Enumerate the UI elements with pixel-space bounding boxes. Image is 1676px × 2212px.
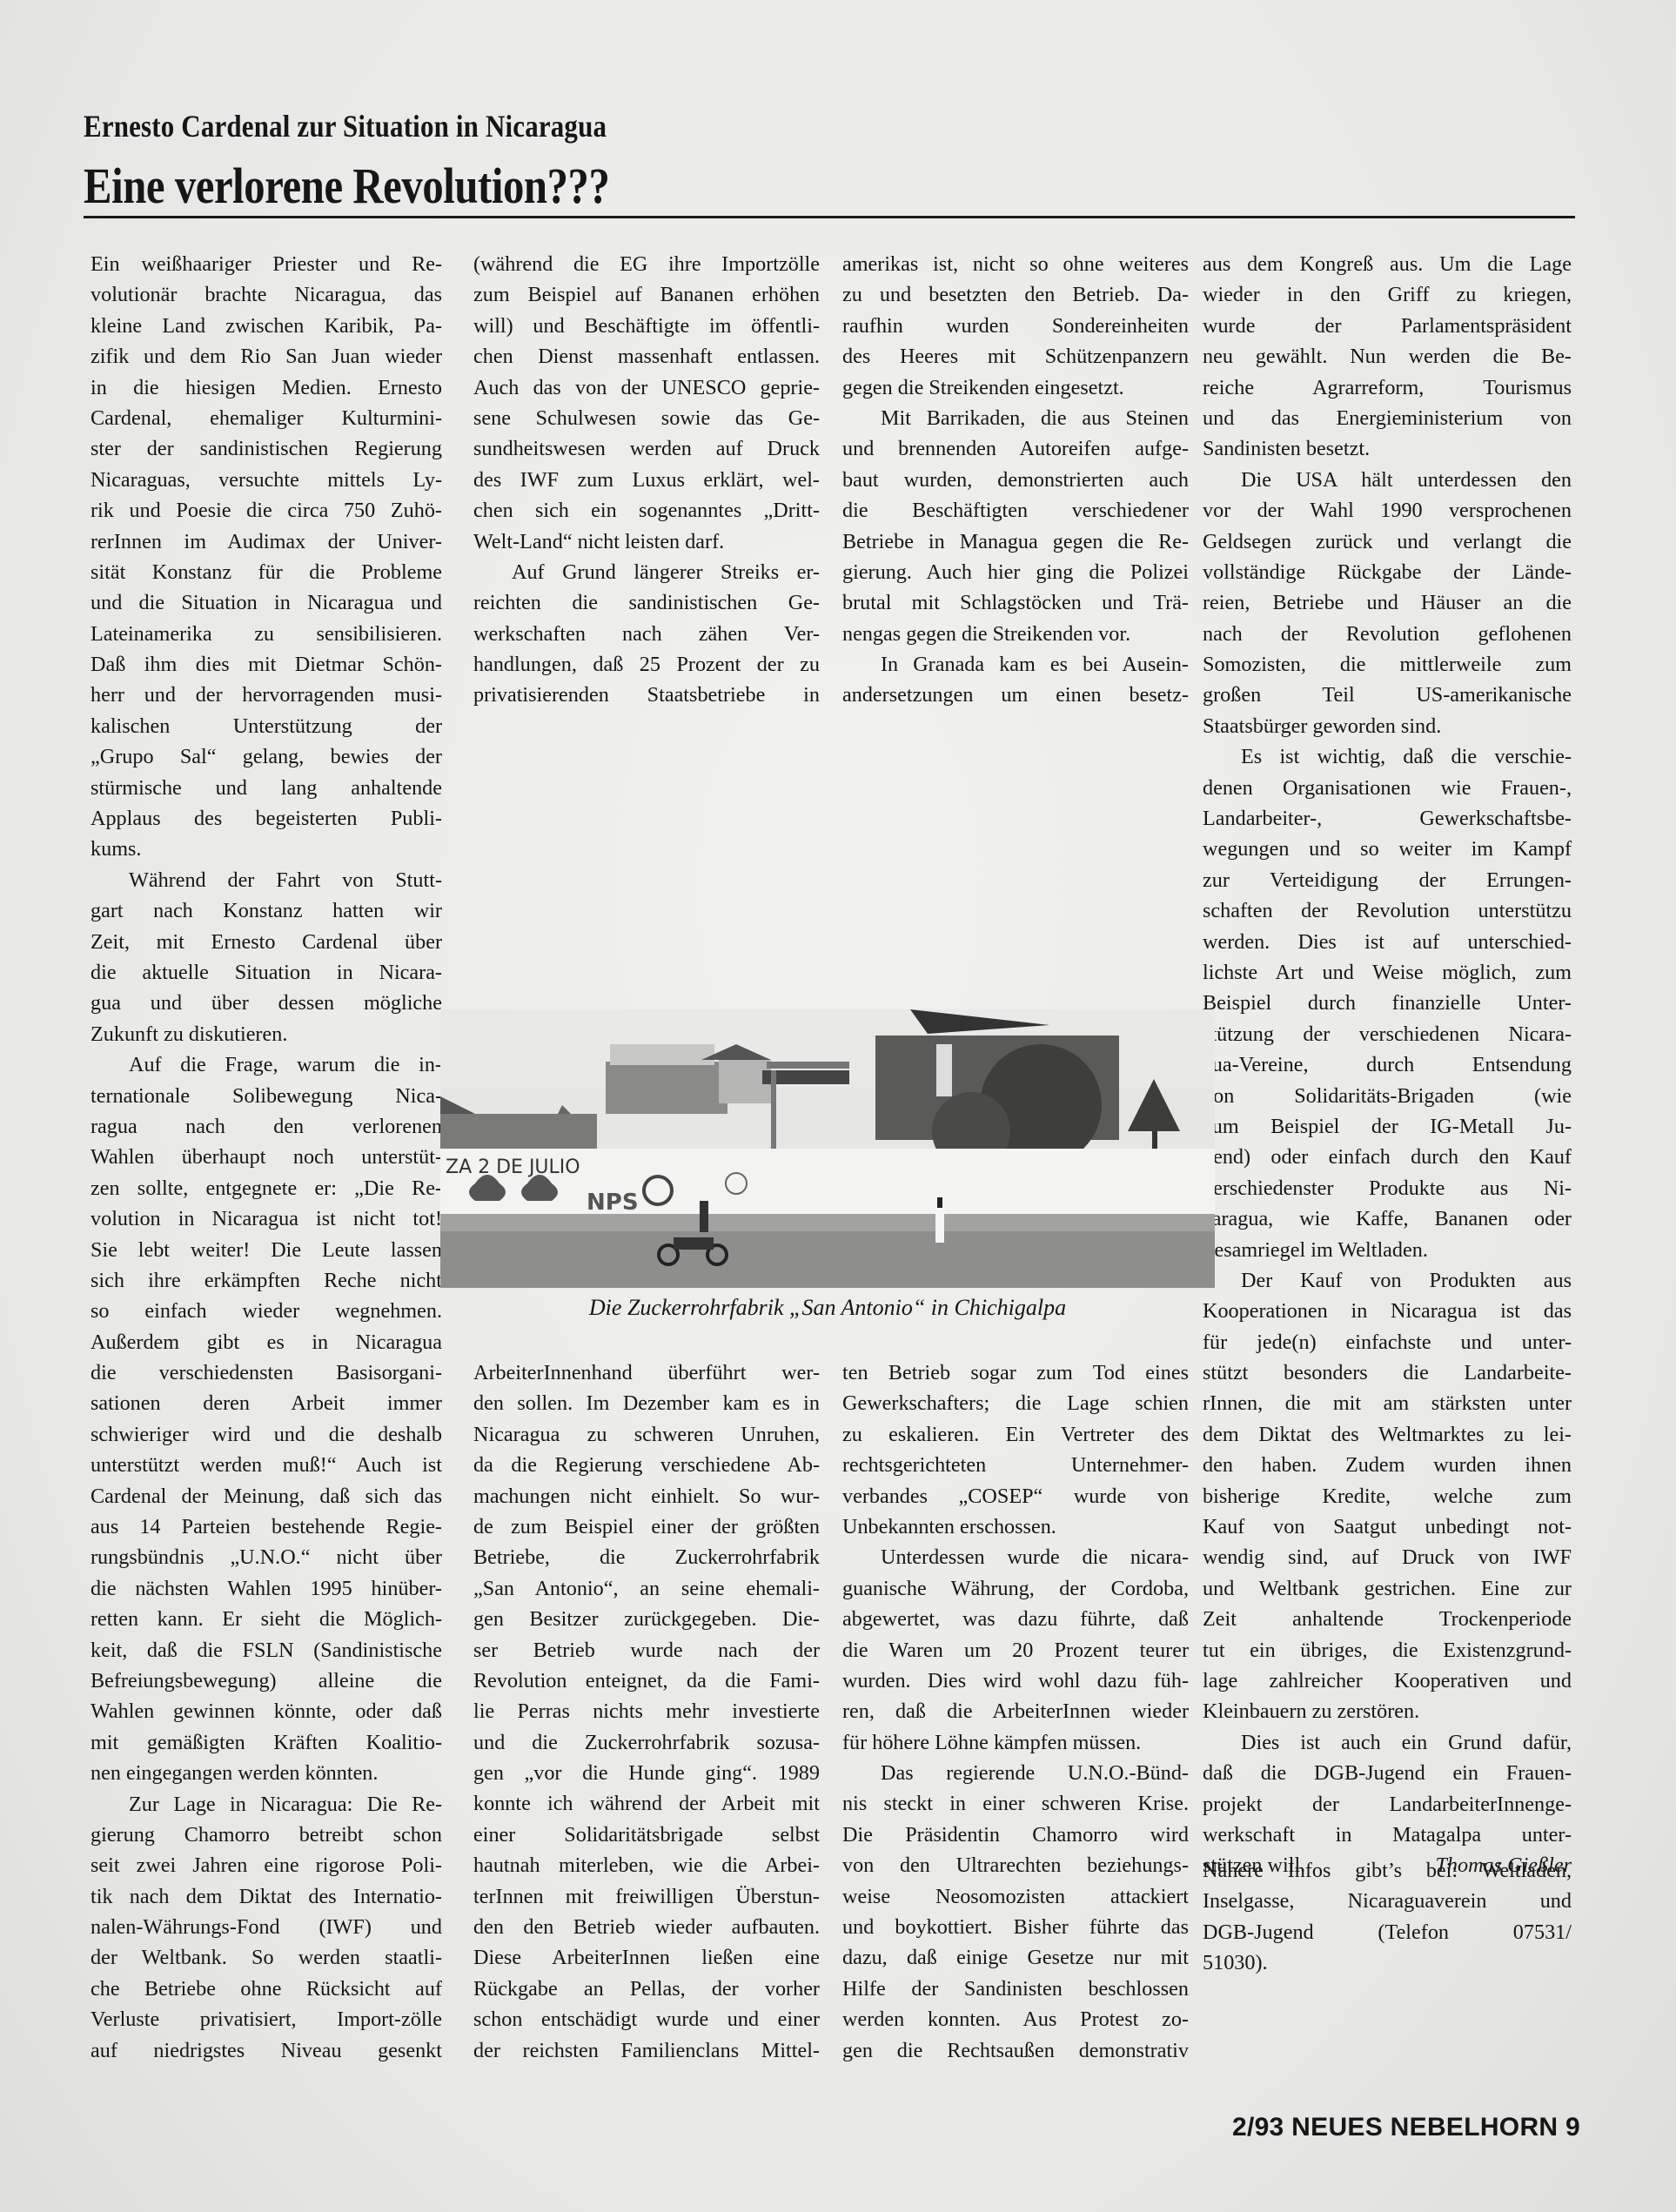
contact-line: Nähere Infos gibt’s bei: Weltladen, [1203,1855,1572,1886]
text-line: chen sich ein sogenanntes „Dritt- [473,495,820,526]
svg-text:ZA 2 DE JULIO: ZA 2 DE JULIO [446,1156,580,1178]
text-line: cua-Vereine, durch Entsendung [1203,1049,1572,1080]
text-line: Zeit anhaltende Trockenperiode [1203,1604,1572,1634]
text-line: wurde der Parlamentspräsident [1203,311,1572,341]
text-line: den haben. Zudem wurden ihnen [1203,1450,1572,1480]
text-line: dazu, daß einige Gesetze nur mit [842,1942,1189,1973]
text-line: tik nach dem Diktat des Internatio- [91,1881,442,1912]
text-line: baut wurden, demonstrierten auch [842,465,1189,495]
text-line: ternationale Solibewegung Nica- [91,1081,442,1111]
text-line: guanische Währung, der Cordoba, [842,1573,1189,1604]
text-line: da die Regierung verschiedene Ab- [473,1450,820,1480]
text-line: werkschaften nach zähen Ver- [473,619,820,649]
text-line: privatisierenden Staatsbetriebe in [473,680,820,710]
svg-text:NPS: NPS [587,1190,639,1216]
sugar-factory-photo-image: ZA 2 DE JULIO NPS [440,1009,1215,1288]
contact-line: 51030). [1203,1947,1572,1978]
page-footer: 2/93 NEUES NEBELHORN 9 [1232,2113,1580,2142]
text-line: großen Teil US-amerikanische [1203,680,1572,710]
text-line: reichten die sandinistischen Ge- [473,587,820,618]
text-line: Nicaraguas, versuchte mittels Ly- [91,465,442,495]
text-line: lie Perras nichts mehr investierte [473,1696,820,1726]
text-line: Beispiel durch finanzielle Unter- [1203,988,1572,1018]
text-line: tut ein übriges, die Existenzgrund- [1203,1635,1572,1666]
text-line: Geldsegen zurück und verlangt die [1203,526,1572,557]
text-line: daß die DGB-Jugend ein Frauen- [1203,1758,1572,1788]
text-line: keit, daß die FSLN (Sandinistische [91,1635,442,1666]
text-line: sität Konstanz für die Probleme [91,557,442,587]
text-line: will) und Beschäftigte im öffentli- [473,311,820,341]
text-line: zur Verteidigung der Errungen- [1203,865,1572,895]
text-line: zifik und dem Rio San Juan wieder [91,341,442,372]
text-line: ten Betrieb sogar zum Tod eines [842,1357,1189,1388]
text-line: nach der Revolution geflohenen [1203,619,1572,649]
text-line: Unterdessen wurde die nicara- [842,1542,1189,1572]
text-line: ragua nach den verlorenen [91,1111,442,1142]
text-line: volutionär brachte Nicaragua, das [91,279,442,310]
text-line: Verluste privatisiert, Import-zölle [91,2004,442,2034]
text-line: Wahlen überhaupt noch unterstüt- [91,1142,442,1172]
text-line: kleine Land zwischen Karibik, Pa- [91,311,442,341]
text-line: des IWF zum Luxus erklärt, wel- [473,465,820,495]
text-line: zen sollte, entgegnete er: „Die Re- [91,1173,442,1203]
text-line: ren, daß die ArbeiterInnen wieder [842,1696,1189,1726]
text-line: reiche Agrarreform, Tourismus [1203,372,1572,403]
text-line: denen Organisationen wie Frauen-, [1203,773,1572,803]
text-line: Auf die Frage, warum die in- [91,1049,442,1080]
text-line: Sesamriegel im Weltladen. [1203,1235,1572,1265]
text-line: gart nach Konstanz hatten wir [91,895,442,926]
text-line: neu gewählt. Nun werden die Be- [1203,341,1572,372]
text-line: für höhere Löhne kämpfen müssen. [842,1727,1189,1758]
text-line: verbandes „COSEP“ wurde von [842,1481,1189,1512]
text-line: seit zwei Jahren eine rigorose Poli- [91,1850,442,1880]
text-line: reien, Betriebe und Häuser an die [1203,587,1572,618]
text-line: abgewertet, was dazu führte, daß [842,1604,1189,1634]
text-line: Nicaragua zu schweren Unruhen, [473,1419,820,1450]
text-line: stützt besonders die Landarbeite- [1203,1357,1572,1388]
text-line: In Granada kam es bei Ausein- [842,649,1189,680]
text-line: Kleinbauern zu zerstören. [1203,1696,1572,1726]
text-line: projekt der LandarbeiterInnenge- [1203,1789,1572,1820]
text-line: volution in Nicaragua ist nicht tot! [91,1203,442,1234]
text-line: Diese ArbeiterInnen ließen eine [473,1942,820,1973]
text-line: raufhin wurden Sondereinheiten [842,311,1189,341]
text-line: caragua, wie Kaffe, Bananen oder [1203,1203,1572,1234]
text-line: wegungen und so weiter im Kampf [1203,834,1572,864]
text-line: konnte ich während der Arbeit mit [473,1788,820,1819]
text-line: aus dem Kongreß aus. Um die Lage [1203,249,1572,279]
text-line: amerikas ist, nicht so ohne weiteres [842,249,1189,279]
text-line: der Weltbank. So werden staatli- [91,1942,442,1973]
text-line: sene Schulwesen sowie das Ge- [473,403,820,433]
text-line: nis steckt in einer schweren Krise. [842,1788,1189,1819]
text-line: rungsbündnis „U.N.O.“ nicht über [91,1542,442,1572]
text-line: Mit Barrikaden, die aus Steinen [842,403,1189,433]
text-line: die aktuelle Situation in Nicara- [91,957,442,988]
text-line: Landarbeiter-, Gewerkschaftsbe- [1203,803,1572,834]
text-line: Revolution enteignet, da die Fami- [473,1666,820,1696]
text-line: Dies ist auch ein Grund dafür, [1203,1727,1572,1758]
text-line: schwieriger wird und die deshalb [91,1419,442,1450]
text-line: Rückgabe an Pellas, der vorher [473,1974,820,2004]
text-line: in die hiesigen Medien. Ernesto [91,372,442,403]
article-column-3-bottom: ten Betrieb sogar zum Tod einesGewerksch… [842,1357,1189,2066]
magazine-page: Ernesto Cardenal zur Situation in Nicara… [0,0,1676,2212]
text-line: vor der Wahl 1990 versprochenen [1203,495,1572,526]
text-line: ArbeiterInnenhand überführt wer- [473,1357,820,1388]
text-line: Unbekannten erschossen. [842,1512,1189,1542]
text-line: wieder in den Griff zu kriegen, [1203,279,1572,310]
text-line: werden. Dies ist auf unterschied- [1203,927,1572,957]
text-line: Welt-Land“ nicht leisten darf. [473,526,820,557]
text-line: für jede(n) einfachste und unter- [1203,1327,1572,1357]
text-line: sich ihre erkämpften Reche nicht [91,1265,442,1296]
text-line: Die Präsidentin Chamorro wird [842,1820,1189,1850]
text-line: und Weltbank gestrichen. Eine zur [1203,1573,1572,1604]
text-line: „San Antonio“, an seine ehemali- [473,1573,820,1604]
text-line: und die Situation in Nicaragua und [91,587,442,618]
contact-info: Nähere Infos gibt’s bei: Weltladen, Inse… [1203,1855,1572,1979]
text-line: Zeit, mit Ernesto Cardenal über [91,927,442,957]
text-line: andersetzungen um einen besetz- [842,680,1189,710]
text-line: nengas gegen die Streikenden vor. [842,619,1189,649]
text-line: rInnen, die mit am stärksten unter [1203,1388,1572,1418]
text-line: (während die EG ihre Importzölle [473,249,820,279]
article-headline: Eine verlorene Revolution??? [84,157,609,215]
text-line: Sie lebt weiter! Die Leute lassen [91,1235,442,1265]
text-line: Applaus des begeisterten Publi- [91,803,442,834]
text-line: ser Betrieb wurde nach der [473,1635,820,1666]
text-line: einer Solidaritätsbrigade selbst [473,1820,820,1850]
text-line: zu eskalieren. Ein Vertreter des [842,1419,1189,1450]
text-line: Es ist wichtig, daß die verschie- [1203,741,1572,772]
text-line: von Solidaritäts-Brigaden (wie [1203,1081,1572,1111]
text-line: von den Ultrarechten beziehungs- [842,1850,1189,1880]
text-line: des Heeres mit Schützenpanzern [842,341,1189,372]
text-line: gua und über dessen mögliche [91,988,442,1018]
text-line: handlungen, daß 25 Prozent der zu [473,649,820,680]
text-line: terInnen mit freiwilligen Überstun- [473,1881,820,1912]
text-line: rechtsgerichteten Unternehmer- [842,1450,1189,1480]
headline-rule [84,216,1575,218]
text-line: Zur Lage in Nicaragua: Die Re- [91,1789,442,1820]
text-line: Sandinisten besetzt. [1203,433,1572,464]
text-line: gend) oder einfach durch den Kauf [1203,1142,1572,1172]
text-line: Das regierende U.N.O.-Bünd- [842,1758,1189,1788]
text-line: Gewerkschafters; die Lage schien [842,1388,1189,1418]
text-line: Der Kauf von Produkten aus [1203,1265,1572,1296]
text-line: Daß ihm dies mit Dietmar Schön- [91,649,442,680]
text-line: de zum Beispiel einer der größten [473,1512,820,1542]
text-line: vollständige Rückgabe der Lände- [1203,557,1572,587]
text-line: gierung. Auch hier ging die Polizei [842,557,1189,587]
text-line: Somozisten, die mittlerweile zum [1203,649,1572,680]
text-line: Zukunft zu diskutieren. [91,1019,442,1049]
text-line: gegen die Streikenden eingesetzt. [842,372,1189,403]
text-line: Wahlen gewinnen könnte, oder daß [91,1696,442,1726]
text-line: Während der Fahrt von Stutt- [91,865,442,895]
photo-caption: Die Zuckerrohrfabrik „San Antonio“ in Ch… [440,1295,1215,1321]
text-line: zu und besetzten den Betrieb. Da- [842,279,1189,310]
article-column-4: aus dem Kongreß aus. Um die Lagewieder i… [1203,249,1572,1881]
article-photo: ZA 2 DE JULIO NPS [440,1009,1215,1288]
text-line: Hilfe der Sandinisten beschlossen [842,1974,1189,2004]
text-line: und brennenden Autoreifen aufge- [842,433,1189,464]
text-line: stützung der verschiedenen Nicara- [1203,1019,1572,1049]
text-line: Betriebe in Managua gegen die Re- [842,526,1189,557]
text-line: brutal mit Schlagstöcken und Trä- [842,587,1189,618]
article-kicker: Ernesto Cardenal zur Situation in Nicara… [84,108,607,144]
text-line: und die Zuckerrohrfabrik sozusa- [473,1727,820,1758]
text-line: wurden. Dies wird wohl dazu füh- [842,1666,1189,1696]
text-line: unterstützt werden muß!“ Auch ist [91,1450,442,1480]
text-line: aus 14 Parteien bestehende Regie- [91,1512,442,1542]
text-line: auf niedrigstes Niveau gesenkt [91,2035,442,2066]
text-line: den sollen. Im Dezember kam es in [473,1388,820,1418]
text-line: Befreiungsbewegung) alleine die [91,1666,442,1696]
text-line: Kooperationen in Nicaragua ist das [1203,1296,1572,1326]
text-line: dem Diktat des Weltmarktes zu lei- [1203,1419,1572,1450]
text-line: so einfach wieder wegnehmen. [91,1296,442,1326]
text-line: und das Energieministerium von [1203,403,1572,433]
text-line: die nächsten Wahlen 1995 hinüber- [91,1573,442,1604]
text-line: rik und Poesie die circa 750 Zuhö- [91,495,442,526]
text-line: wendig sind, auf Druck von IWF [1203,1542,1572,1572]
text-line: „Grupo Sal“ gelang, bewies der [91,741,442,772]
contact-line: Inselgasse, Nicaraguaverein und [1203,1886,1572,1916]
text-line: lichste Art und Weise möglich, zum [1203,957,1572,988]
text-line: ster der sandinistischen Regierung [91,433,442,464]
text-line: stürmische und lang anhaltende [91,773,442,803]
article-column-3-top: amerikas ist, nicht so ohne weitereszu u… [842,249,1189,711]
text-line: verschiedenster Produkte aus Ni- [1203,1173,1572,1203]
text-line: die Beschäftigten verschiedener [842,495,1189,526]
text-line: nen eingegangen werden könnten. [91,1758,442,1788]
text-line: schon entschädigt wurde und einer [473,2004,820,2034]
text-line: lage zahlreicher Kooperativen und [1203,1666,1572,1696]
article-column-2-bottom: ArbeiterInnenhand überführt wer-den soll… [473,1357,820,2066]
text-line: Staatsbürger geworden sind. [1203,711,1572,741]
contact-line: DGB-Jugend (Telefon 07531/ [1203,1917,1572,1947]
text-line: zum Beispiel auf Bananen erhöhen [473,279,820,310]
text-line: gen Besitzer zurückgegeben. Die- [473,1604,820,1634]
text-line: zum Beispiel der IG-Metall Ju- [1203,1111,1572,1142]
text-line: den den Betrieb wieder aufbauten. [473,1912,820,1942]
text-line: werden konnten. Aus Protest zo- [842,2004,1189,2034]
text-line: kalischen Unterstützung der [91,711,442,741]
text-line: bisherige Kredite, welche zum [1203,1481,1572,1512]
text-line: gierung Chamorro betreibt schon [91,1820,442,1850]
text-line: sationen deren Arbeit immer [91,1388,442,1418]
text-line: gen „vor die Hunde ging“. 1989 [473,1758,820,1788]
text-line: der reichsten Familienclans Mittel- [473,2035,820,2066]
text-line: Ein weißhaariger Priester und Re- [91,249,442,279]
text-line: sundheitswesen werden auf Druck [473,433,820,464]
text-line: nalen-Währungs-Fond (IWF) und [91,1912,442,1942]
text-line: die verschiedensten Basisorgani- [91,1357,442,1388]
text-line: retten kann. Er sieht die Möglich- [91,1604,442,1634]
text-line: weise Neosomozisten attackiert [842,1881,1189,1912]
article-column-2-top: (während die EG ihre Importzöllezum Beis… [473,249,820,711]
text-line: Betriebe, die Zuckerrohrfabrik [473,1542,820,1572]
text-line: che Betriebe ohne Rücksicht auf [91,1974,442,2004]
text-line: und boykottiert. Bisher führte das [842,1912,1189,1942]
text-line: machungen nicht einhielt. So wur- [473,1481,820,1512]
text-line: chen Dienst massenhaft entlassen. [473,341,820,372]
text-line: Kauf von Saatgut unbedingt not- [1203,1512,1572,1542]
text-line: Auf Grund längerer Streiks er- [473,557,820,587]
article-column-1: Ein weißhaariger Priester und Re-volutio… [91,249,442,2066]
text-line: Auch das von der UNESCO geprie- [473,372,820,403]
text-line: Cardenal der Meinung, daß sich das [91,1481,442,1512]
text-line: hautnah miterleben, wie die Arbei- [473,1850,820,1880]
text-line: Die USA hält unterdessen den [1203,465,1572,495]
text-line: rerInnen im Audimax der Univer- [91,526,442,557]
text-line: werkschaft in Matagalpa unter- [1203,1820,1572,1850]
text-line: gen die Rechtsaußen demonstrativ [842,2035,1189,2066]
text-line: herr und der hervorragenden musi- [91,680,442,710]
text-line: Lateinamerika zu sensibilisieren. [91,619,442,649]
text-line: schaften der Revolution unterstützu [1203,895,1572,926]
text-line: Cardenal, ehemaliger Kulturmini- [91,403,442,433]
text-line: kums. [91,834,442,864]
text-line: Außerdem gibt es in Nicaragua [91,1327,442,1357]
text-line: mit gemäßigten Kräften Koalitio- [91,1727,442,1758]
text-line: die Waren um 20 Prozent teurer [842,1635,1189,1666]
